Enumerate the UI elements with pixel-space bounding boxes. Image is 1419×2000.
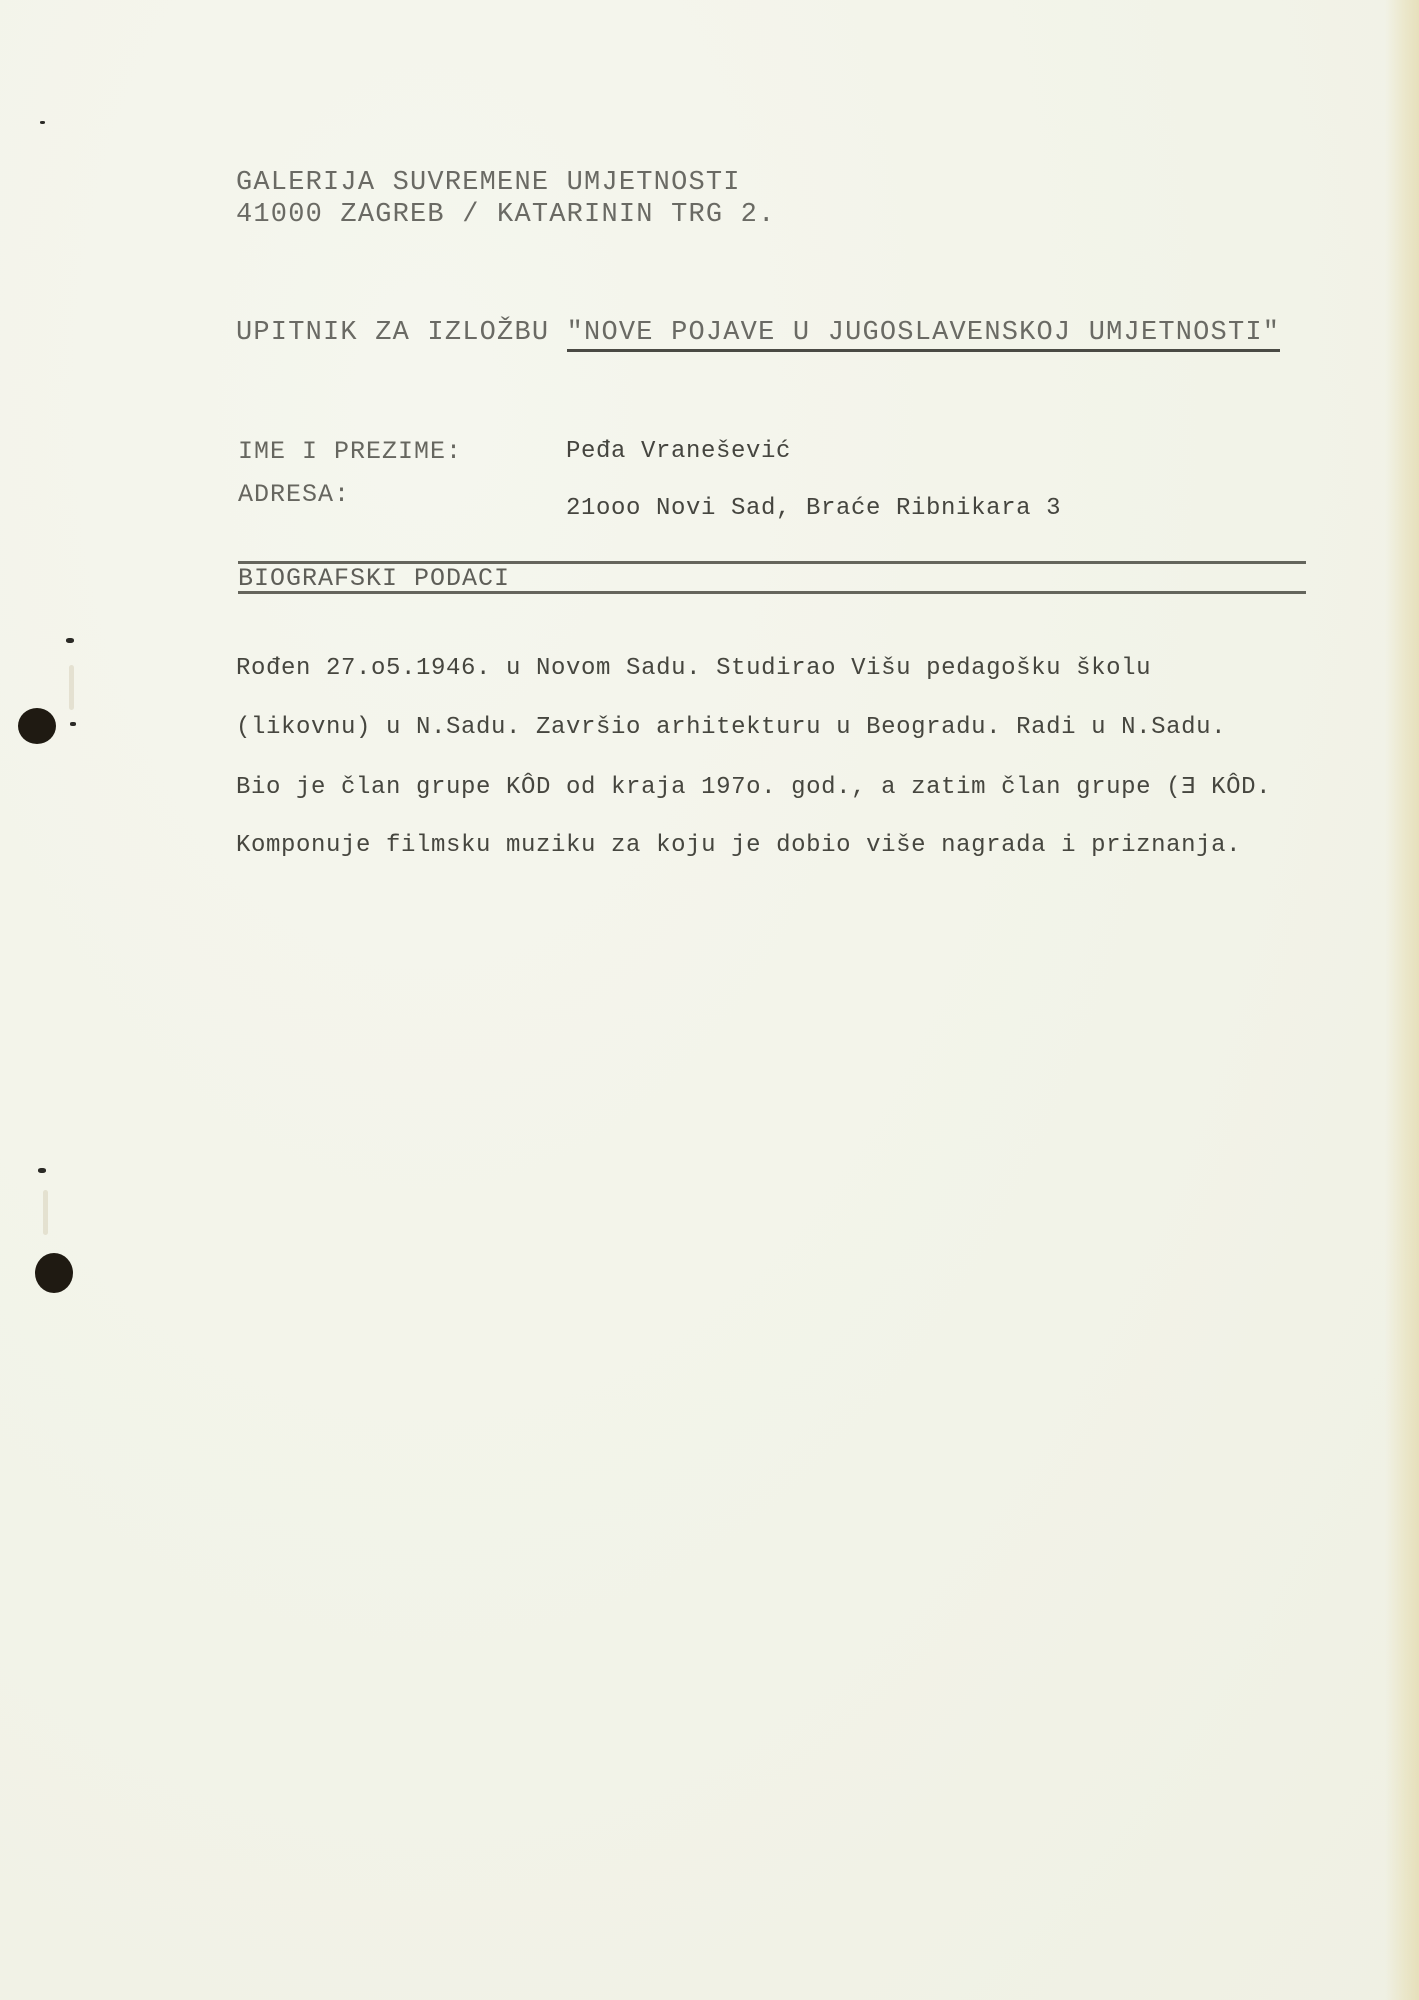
ink-speck <box>40 121 45 124</box>
questionnaire-heading: UPITNIK ZA IZLOŽBU "NOVE POJAVE U JUGOSL… <box>236 318 1280 348</box>
biography-line: Komponuje filmsku muziku za koju je dobi… <box>236 832 1241 859</box>
biography-line: (likovnu) u N.Sadu. Završio arhitekturu … <box>236 714 1226 741</box>
paper-stain <box>43 1190 48 1235</box>
address-value: 21ooo Novi Sad, Braće Ribnikara 3 <box>566 495 1061 522</box>
ink-speck <box>66 638 74 643</box>
name-label: IME I PREZIME: <box>238 437 462 466</box>
address-label: ADRESA: <box>238 480 350 509</box>
exhibition-title: "NOVE POJAVE U JUGOSLAVENSKOJ UMJETNOSTI… <box>567 318 1281 352</box>
paper-stain <box>69 665 74 710</box>
letterhead-line-2: 41000 ZAGREB / KATARININ TRG 2. <box>236 200 775 230</box>
biography-line: Bio je član grupe KÔD od kraja 197o. god… <box>236 774 1271 801</box>
punch-hole <box>18 708 56 744</box>
name-value: Peđa Vranešević <box>566 438 791 465</box>
punch-hole <box>35 1253 73 1293</box>
letterhead-line-1: GALERIJA SUVREMENE UMJETNOSTI <box>236 168 741 198</box>
section-title: BIOGRAFSKI PODACI <box>238 564 510 593</box>
ink-speck <box>38 1168 46 1173</box>
questionnaire-prefix: UPITNIK ZA IZLOŽBU <box>236 318 567 348</box>
section-rule-bottom <box>238 591 1306 594</box>
ink-speck <box>70 722 76 726</box>
biography-line: Rođen 27.o5.1946. u Novom Sadu. Studirao… <box>236 655 1151 682</box>
paper-sheet: GALERIJA SUVREMENE UMJETNOSTI 41000 ZAGR… <box>0 0 1419 2000</box>
